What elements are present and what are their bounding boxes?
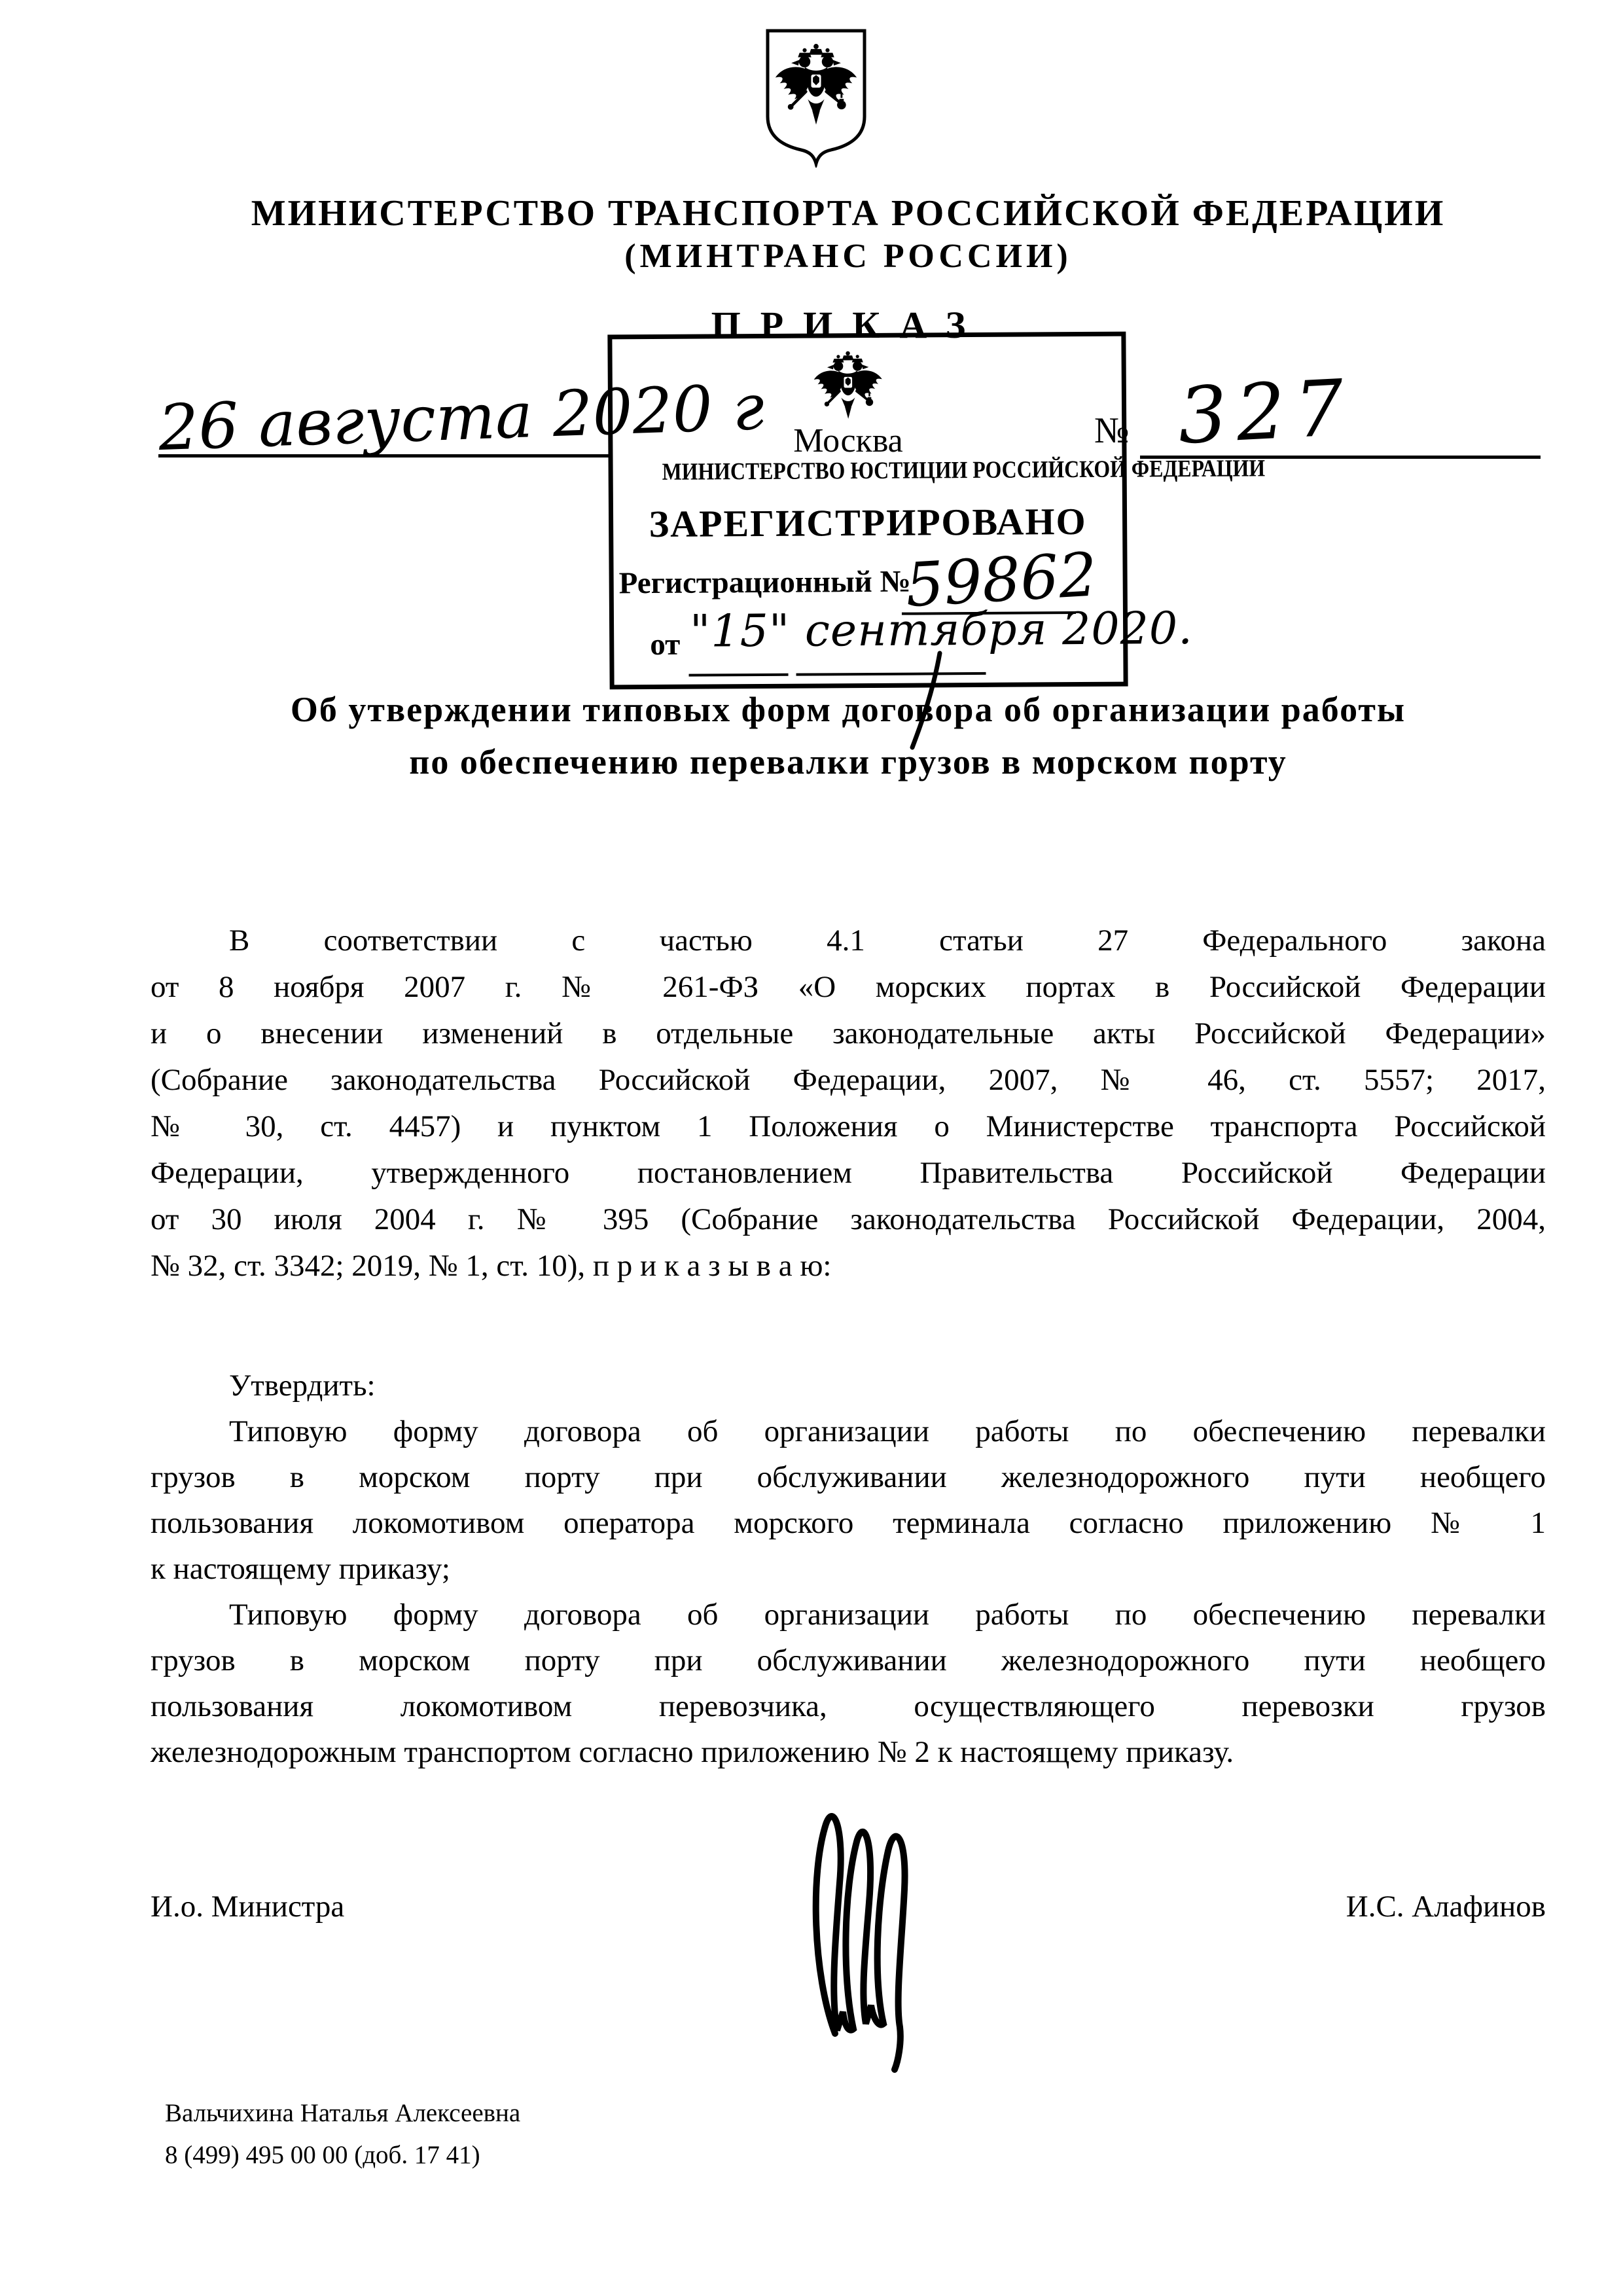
body-line: пользования локомотивом оператора морско… [151,1500,1546,1546]
stamp-from-label: от [650,627,680,662]
body-line: № 32, ст. 3342; 2019, № 1, ст. 10), п р … [151,1243,1546,1289]
body-line: пользования локомотивом перевозчика, осу… [151,1683,1546,1729]
stamp-registration-label: Регистрационный № [619,564,911,601]
body-line: к настоящему приказу; [151,1546,1546,1592]
handwriting-tail-stroke [902,649,949,753]
body-line: Типовую форму договора об организации ра… [151,1408,1546,1454]
stamp-agency-label: МИНИСТЕРСТВО ЮСТИЦИИ РОССИЙСКОЙ ФЕДЕРАЦИ… [662,454,1266,487]
body-line: (Собрание законодательства Российской Фе… [151,1057,1546,1103]
contact-name: Вальчихина Наталья Алексеевна [165,2098,520,2128]
signer-name: И.С. Алафинов [151,1889,1546,1924]
coat-of-arms-icon [761,26,871,168]
body-line: В соответствии с частью 4.1 статьи 27 Фе… [151,918,1546,964]
body-line: Типовую форму договора об организации ра… [151,1592,1546,1638]
ministry-abbreviation: (МИНТРАНС РОССИИ) [151,237,1546,276]
preamble-paragraph: В соответствии с частью 4.1 статьи 27 Фе… [151,918,1546,1289]
registration-stamp: МИНИСТЕРСТВО ЮСТИЦИИ РОССИЙСКОЙ ФЕДЕРАЦИ… [607,332,1128,690]
stamp-eagle-icon [803,350,893,430]
resolve-line: Утвердить: [151,1363,1546,1408]
body-line: от 30 июля 2004 г. № 395 (Собрание закон… [151,1196,1546,1243]
document-page: МИНИСТЕРСТВО ТРАНСПОРТА РОССИЙСКОЙ ФЕДЕР… [0,0,1623,2296]
signature-icon [793,1808,973,2073]
body-line: железнодорожным транспортом согласно при… [151,1729,1546,1775]
contact-phone: 8 (499) 495 00 00 (доб. 17 41) [165,2140,480,2170]
resolution-block: Утвердить: Типовую форму договора об орг… [151,1363,1546,1775]
body-line: от 8 ноября 2007 г. № 261-ФЗ «О морских … [151,964,1546,1011]
body-line: Федерации, утвержденного постановлением … [151,1150,1546,1196]
body-line: грузов в морском порту при обслуживании … [151,1638,1546,1683]
stamp-agency: МИНИСТЕРСТВО ЮСТИЦИИ РОССИЙСКОЙ ФЕДЕРАЦИ… [613,456,1122,488]
order-title-line-2: по обеспечению перевалки грузов в морско… [151,742,1546,781]
body-line: № 30, ст. 4457) и пунктом 1 Положения о … [151,1103,1546,1150]
body-line: и о внесении изменений в отдельные закон… [151,1011,1546,1057]
stamp-date-underline-2 [796,672,986,676]
stamp-date-underline-1 [689,673,789,677]
ministry-name: МИНИСТЕРСТВО ТРАНСПОРТА РОССИЙСКОЙ ФЕДЕР… [151,192,1546,234]
order-title-line-1: Об утверждении типовых форм договора об … [151,690,1546,729]
stamp-status: ЗАРЕГИСТРИРОВАНО [613,499,1122,548]
body-line: грузов в морском порту при обслуживании … [151,1454,1546,1500]
